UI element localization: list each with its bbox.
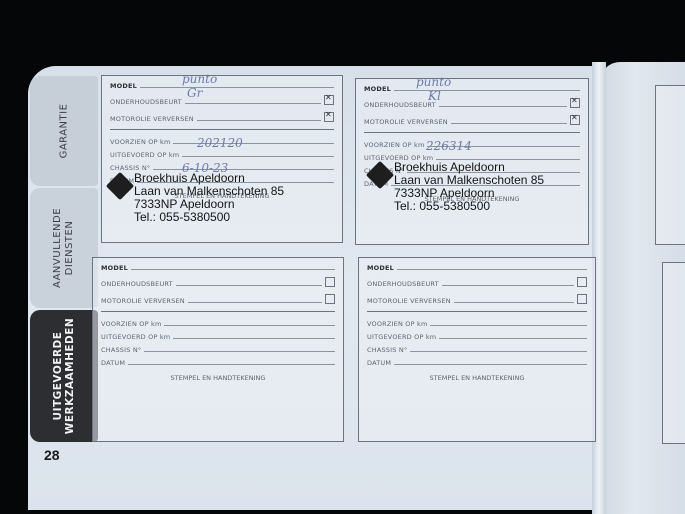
- chassis-field[interactable]: CHASSIS N°: [101, 342, 335, 354]
- tab-label: UITGEVOERDE WERKZAAMHEDEN: [52, 318, 76, 434]
- model-label: MODEL: [367, 264, 397, 272]
- tab-aanvullende-diensten[interactable]: AANVULLENDE DIENSTEN: [30, 188, 98, 308]
- voorzien-label: VOORZIEN OP km: [101, 320, 164, 328]
- motorolie-field[interactable]: MOTOROLIE VERVERSEN: [364, 114, 580, 126]
- tab-garantie[interactable]: GARANTIE: [30, 76, 98, 186]
- write-line: [153, 169, 334, 170]
- write-line: [394, 364, 587, 365]
- model-field[interactable]: MODEL: [364, 81, 580, 93]
- handwritten-onderhoudsbeurt: Kl: [428, 89, 441, 103]
- onderhoudsbeurt-field[interactable]: ONDERHOUDSBEURT: [110, 94, 334, 106]
- page-number: 28: [44, 447, 60, 463]
- datum-label: DATUM: [101, 359, 128, 367]
- next-page-card: [662, 262, 685, 444]
- motorolie-field[interactable]: MOTOROLIE VERVERSEN: [367, 293, 587, 305]
- chassis-label: CHASSIS N°: [367, 346, 410, 354]
- motorolie-label: MOTOROLIE VERVERSEN: [110, 115, 197, 123]
- model-field[interactable]: MODEL: [367, 260, 587, 272]
- chassis-label: CHASSIS N°: [101, 346, 144, 354]
- service-record-card: MODELONDERHOUDSBEURTMOTOROLIE VERVERSENV…: [358, 257, 596, 442]
- checkbox[interactable]: [570, 98, 580, 108]
- onderhoudsbeurt-field[interactable]: ONDERHOUDSBEURT: [367, 276, 587, 288]
- write-line: [454, 302, 574, 303]
- write-line: [173, 338, 335, 339]
- checkbox[interactable]: [577, 294, 587, 304]
- handwritten-km: 226314: [426, 139, 472, 153]
- motorolie-field[interactable]: MOTOROLIE VERVERSEN: [101, 293, 335, 305]
- handwritten-model: punto: [182, 72, 217, 86]
- motorolie-label: MOTOROLIE VERVERSEN: [367, 297, 454, 305]
- handwritten-km: 202120: [197, 136, 243, 150]
- write-line: [197, 120, 321, 121]
- checkbox[interactable]: [325, 277, 335, 287]
- motorolie-label: MOTOROLIE VERVERSEN: [101, 297, 188, 305]
- write-line: [185, 103, 321, 104]
- voorzien-field[interactable]: VOORZIEN OP km: [367, 316, 587, 328]
- checkbox[interactable]: [324, 112, 334, 122]
- write-line: [442, 285, 574, 286]
- model-label: MODEL: [364, 85, 394, 93]
- dealer-stamp: Broekhuis ApeldoornLaan van Malkenschote…: [134, 172, 284, 224]
- write-line: [439, 338, 587, 339]
- chassis-field[interactable]: CHASSIS N°: [367, 342, 587, 354]
- onderhoudsbeurt-field[interactable]: ONDERHOUDSBEURT: [101, 276, 335, 288]
- voorzien-label: VOORZIEN OP km: [367, 320, 430, 328]
- uitgevoerd-label: UITGEVOERD OP km: [101, 333, 173, 341]
- voorzien-label: VOORZIEN OP km: [364, 141, 427, 149]
- uitgevoerd-field[interactable]: UITGEVOERD OP km: [101, 329, 335, 341]
- motorolie-label: MOTOROLIE VERVERSEN: [364, 118, 451, 126]
- divider: [110, 129, 334, 130]
- onderhoudsbeurt-field[interactable]: ONDERHOUDSBEURT: [364, 97, 580, 109]
- write-line: [430, 325, 587, 326]
- uitgevoerd-label: UITGEVOERD OP km: [110, 151, 182, 159]
- divider: [367, 311, 587, 312]
- stamp-phone: Tel.: 055-5380500: [134, 211, 284, 224]
- onderhoudsbeurt-label: ONDERHOUDSBEURT: [110, 98, 185, 106]
- write-line: [410, 351, 587, 352]
- write-line: [394, 90, 580, 91]
- write-line: [144, 351, 335, 352]
- write-line: [451, 123, 567, 124]
- voorzien-label: VOORZIEN OP km: [110, 138, 173, 146]
- tab-label: AANVULLENDE DIENSTEN: [52, 208, 76, 288]
- model-field[interactable]: MODEL: [101, 260, 335, 272]
- tab-uitgevoerde-werkzaamheden[interactable]: UITGEVOERDE WERKZAAMHEDEN: [30, 310, 98, 442]
- stamp-label: STEMPEL EN HANDTEKENING: [359, 374, 595, 382]
- write-line: [397, 269, 587, 270]
- next-page-card: [655, 85, 685, 245]
- motorolie-field[interactable]: MOTOROLIE VERVERSEN: [110, 111, 334, 123]
- onderhoudsbeurt-label: ONDERHOUDSBEURT: [367, 280, 442, 288]
- divider: [364, 132, 580, 133]
- write-line: [164, 325, 335, 326]
- tab-label: GARANTIE: [58, 104, 70, 159]
- model-label: MODEL: [110, 82, 140, 90]
- model-label: MODEL: [101, 264, 131, 272]
- datum-label: DATUM: [367, 359, 394, 367]
- uitgevoerd-field[interactable]: UITGEVOERD OP km: [367, 329, 587, 341]
- write-line: [176, 285, 322, 286]
- voorzien-field[interactable]: VOORZIEN OP km: [101, 316, 335, 328]
- checkbox[interactable]: [570, 115, 580, 125]
- handwritten-onderhoudsbeurt: Gr: [187, 86, 202, 100]
- write-line: [140, 87, 334, 88]
- onderhoudsbeurt-label: ONDERHOUDSBEURT: [101, 280, 176, 288]
- uitgevoerd-label: UITGEVOERD OP km: [367, 333, 439, 341]
- checkbox[interactable]: [577, 277, 587, 287]
- write-line: [188, 302, 322, 303]
- voorzien-field[interactable]: VOORZIEN OP km: [364, 137, 580, 149]
- write-line: [128, 364, 335, 365]
- checkbox[interactable]: [325, 294, 335, 304]
- checkbox[interactable]: [324, 95, 334, 105]
- stamp-label: STEMPEL EN HANDTEKENING: [93, 374, 343, 382]
- write-line: [131, 269, 335, 270]
- dealer-stamp: Broekhuis ApeldoornLaan van Malkenschote…: [394, 161, 544, 213]
- write-line: [182, 156, 334, 157]
- service-record-card: MODELONDERHOUDSBEURTMOTOROLIE VERVERSENV…: [101, 75, 343, 243]
- write-line: [439, 106, 567, 107]
- datum-field[interactable]: DATUM: [367, 355, 587, 367]
- service-record-card: MODELONDERHOUDSBEURTMOTOROLIE VERVERSENV…: [92, 257, 344, 442]
- model-field[interactable]: MODEL: [110, 78, 334, 90]
- handwritten-model: punto: [416, 75, 451, 89]
- divider: [101, 311, 335, 312]
- stamp-phone: Tel.: 055-5380500: [394, 200, 544, 213]
- datum-field[interactable]: DATUM: [101, 355, 335, 367]
- service-record-card: MODELONDERHOUDSBEURTMOTOROLIE VERVERSENV…: [355, 78, 589, 245]
